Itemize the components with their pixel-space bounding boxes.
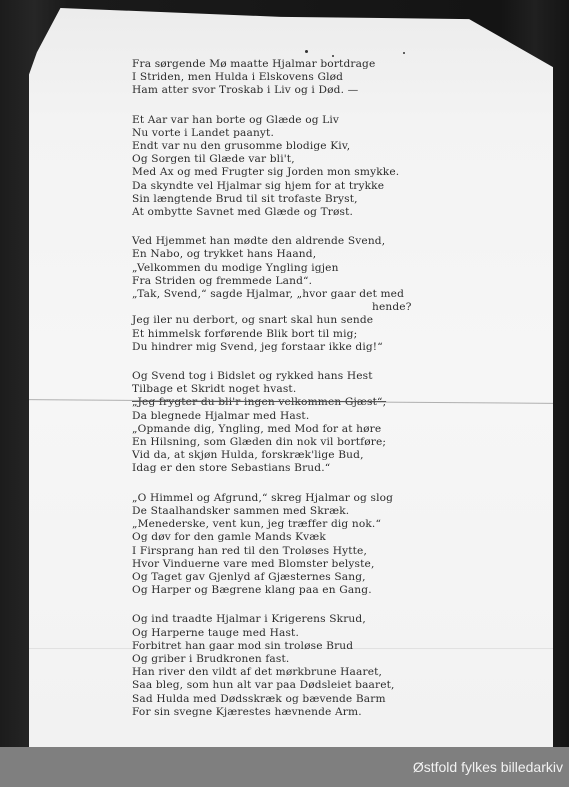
poem-line: Og Taget gav Gjenlyd af Gjæsternes Sang, xyxy=(132,571,432,584)
poem-line: „Jeg frygter du bli'r ingen velkommen Gj… xyxy=(132,396,432,409)
poem-line: Da skyndte vel Hjalmar sig hjem for at t… xyxy=(132,180,432,193)
poem-stanza: Et Aar var han borte og Glæde og LivNu v… xyxy=(132,114,432,220)
poem-line: Endt var nu den grusomme blodige Kiv, xyxy=(132,140,432,153)
poem-stanza: „O Himmel og Afgrund,“ skreg Hjalmar og … xyxy=(132,492,432,598)
poem-line: Han river den vildt af det mørkbrune Haa… xyxy=(132,666,432,679)
poem-line: En Hilsning, som Glæden din nok vil bort… xyxy=(132,436,432,449)
poem-line: Og Harperne tauge med Hast. xyxy=(132,627,432,640)
poem-stanza: Fra sørgende Mø maatte Hjalmar bortdrage… xyxy=(132,58,432,98)
poem-line: Idag er den store Sebastians Brud.“ xyxy=(132,462,432,475)
poem-line: Og døv for den gamle Mands Kvæk xyxy=(132,531,432,544)
poem-line: En Nabo, og trykket hans Haand, xyxy=(132,248,432,261)
poem-line: Sad Hulda med Dødsskræk og bævende Barm xyxy=(132,693,432,706)
poem-stanza: Ved Hjemmet han mødte den aldrende Svend… xyxy=(132,235,432,354)
poem-line: De Staalhandsker sammen med Skræk. xyxy=(132,505,432,518)
poem-stanza: Og Svend tog i Bidslet og rykked hans He… xyxy=(132,370,432,476)
archive-credit-bar: Østfold fylkes billedarkiv xyxy=(0,747,569,787)
poem-line: Da blegnede Hjalmar med Hast. xyxy=(132,410,432,423)
poem-line: I Firsprang han red til den Troløses Hyt… xyxy=(132,545,432,558)
poem-line: Og ind traadte Hjalmar i Krigerens Skrud… xyxy=(132,613,432,626)
poem-line: Og griber i Brudkronen fast. xyxy=(132,653,432,666)
poem-line: Ved Hjemmet han mødte den aldrende Svend… xyxy=(132,235,432,248)
poem-stanza: Og ind traadte Hjalmar i Krigerens Skrud… xyxy=(132,613,432,719)
poem-line: Et himmelsk forførende Blik bort til mig… xyxy=(132,328,432,341)
poem-line: For sin svegne Kjærestes hævnende Arm. xyxy=(132,706,432,719)
ink-speck xyxy=(403,52,405,54)
poem-line: Og Sorgen til Glæde var bli't, xyxy=(132,153,432,166)
archive-credit: Østfold fylkes billedarkiv xyxy=(413,759,563,775)
poem-line: Og Svend tog i Bidslet og rykked hans He… xyxy=(132,370,432,383)
poem-text: Fra sørgende Mø maatte Hjalmar bortdrage… xyxy=(132,58,432,735)
ink-speck xyxy=(332,55,334,57)
poem-line: I Striden, men Hulda i Elskovens Glød xyxy=(132,71,432,84)
poem-line: „Tak, Svend,“ sagde Hjalmar, „hvor gaar … xyxy=(132,288,432,301)
poem-line: Med Ax og med Frugter sig Jorden mon smy… xyxy=(132,166,432,179)
poem-line: „Opmande dig, Yngling, med Mod for at hø… xyxy=(132,423,432,436)
poem-line: Vid da, at skjøn Hulda, forskræk'lige Bu… xyxy=(132,449,432,462)
poem-line: Ham atter svor Troskab i Liv og i Død. — xyxy=(132,84,432,97)
poem-line: Jeg iler nu derbort, og snart skal hun s… xyxy=(132,314,432,327)
ink-speck xyxy=(305,50,308,53)
poem-line: Hvor Vinduerne vare med Blomster belyste… xyxy=(132,558,432,571)
poem-line: Sin længtende Brud til sit trofaste Brys… xyxy=(132,193,432,206)
poem-line: hende? xyxy=(132,301,432,314)
poem-line: „Menederske, vent kun, jeg træffer dig n… xyxy=(132,518,432,531)
poem-line: Tilbage et Skridt noget hvast. xyxy=(132,383,432,396)
poem-line: Saa bleg, som hun alt var paa Dødsleiet … xyxy=(132,679,432,692)
poem-line: Fra sørgende Mø maatte Hjalmar bortdrage xyxy=(132,58,432,71)
poem-line: Du hindrer mig Svend, jeg forstaar ikke … xyxy=(132,341,432,354)
poem-line: Et Aar var han borte og Glæde og Liv xyxy=(132,114,432,127)
poem-line: Fra Striden og fremmede Land“. xyxy=(132,275,432,288)
poem-line: At ombytte Savnet med Glæde og Trøst. xyxy=(132,206,432,219)
poem-line: Nu vorte i Landet paanyt. xyxy=(132,127,432,140)
poem-line: Forbitret han gaar mod sin troløse Brud xyxy=(132,640,432,653)
poem-line: „Velkommen du modige Yngling igjen xyxy=(132,262,432,275)
poem-line: Og Harper og Bægrene klang paa en Gang. xyxy=(132,584,432,597)
poem-line: „O Himmel og Afgrund,“ skreg Hjalmar og … xyxy=(132,492,432,505)
